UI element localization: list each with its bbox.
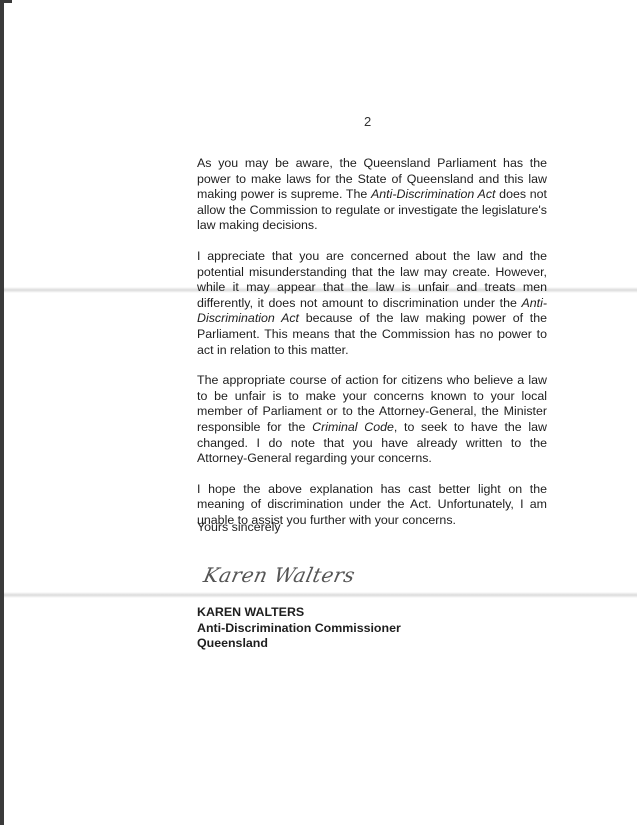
page-number: 2	[364, 114, 371, 129]
italic-title: Anti-Discrimination Act	[371, 187, 495, 201]
signature-block: KAREN WALTERS Anti-Discrimination Commis…	[197, 605, 401, 652]
scan-top-edge	[0, 0, 12, 3]
letter-body: As you may be aware, the Queensland Parl…	[197, 156, 547, 543]
signatory-location: Queensland	[197, 636, 401, 652]
text-run: I appreciate that you are concerned abou…	[197, 249, 547, 310]
handwritten-signature: Karen Walters	[201, 563, 357, 587]
paragraph: I appreciate that you are concerned abou…	[197, 249, 547, 358]
paragraph: The appropriate course of action for cit…	[197, 373, 547, 467]
signatory-name: KAREN WALTERS	[197, 605, 401, 621]
closing-salutation: Yours sincerely	[197, 520, 281, 534]
paper-fold-line	[4, 592, 637, 598]
paragraph: As you may be aware, the Queensland Parl…	[197, 156, 547, 234]
scan-left-edge	[0, 0, 4, 825]
italic-title: Criminal Code	[312, 420, 394, 434]
signatory-title: Anti-Discrimination Commissioner	[197, 621, 401, 637]
